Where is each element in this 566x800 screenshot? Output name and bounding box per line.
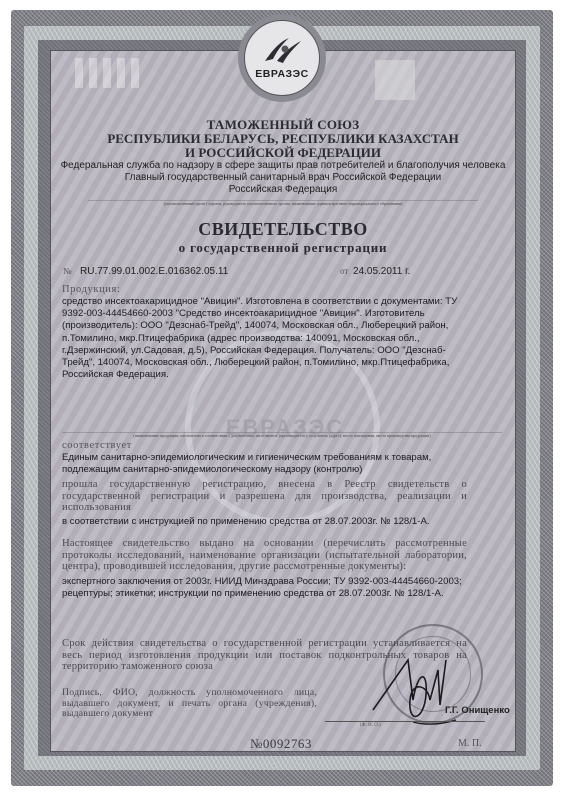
- header-republics: РЕСПУБЛИКИ БЕЛАРУСЬ, РЕСПУБЛИКИ КАЗАХСТА…: [50, 131, 516, 146]
- signature-caption: Подпись, ФИО, должность уполномоченного …: [62, 688, 317, 720]
- signer-caption: (Ф. И. О.): [360, 723, 381, 728]
- header-federation: И РОССИЙСКОЙ ФЕДЕРАЦИИ: [50, 145, 516, 160]
- security-pattern-right: [375, 60, 415, 100]
- product-description: средство инсектоакарицидное "Авицин". Из…: [62, 296, 467, 381]
- conformity-label: соответствует: [62, 440, 132, 451]
- eurasec-swoosh-icon: [263, 35, 303, 65]
- issued-documents: экспертного заключения от 2003г. НИИД Ми…: [62, 576, 467, 600]
- form-number: №0092763: [250, 736, 312, 752]
- seal-mark: М. П.: [458, 738, 482, 749]
- date-mark: от: [340, 266, 348, 276]
- registration-number: RU.77.99.01.002.Е.016362.05.11: [80, 266, 228, 277]
- header-union: ТАМОЖЕННЫЙ СОЮЗ: [50, 117, 516, 132]
- header-country: Российская Федерация: [50, 184, 516, 196]
- registration-date: 24.05.2011 г.: [353, 266, 410, 277]
- issued-basis-text: Настоящее свидетельство выдано на основа…: [62, 538, 467, 573]
- registration-status-text: прошла государственную регистрацию, внес…: [62, 479, 467, 514]
- signer-name: Г.Г. Онищенко: [445, 705, 510, 716]
- logo-text: ЕВРАЗЭС: [245, 68, 319, 80]
- conformity-caption: (наименование продукции, изготовлена в с…: [62, 432, 502, 438]
- document-title: СВИДЕТЕЛЬСТВО: [50, 219, 516, 240]
- signature-line: [325, 721, 485, 722]
- product-label: Продукция:: [62, 284, 120, 295]
- registration-basis: в соответствии с инструкцией по применен…: [62, 516, 467, 528]
- header-caption: (уполномоченный орган Стороны, руководит…: [88, 200, 478, 206]
- security-pattern-left: [75, 58, 145, 88]
- conformity-requirements: Единым санитарно-эпидемиологическим и ги…: [62, 452, 467, 476]
- header-official: Главный государственный санитарный врач …: [50, 172, 516, 184]
- eurasec-logo: ЕВРАЗЭС: [238, 14, 326, 102]
- header-agency: Федеральная служба по надзору в сфере за…: [50, 160, 516, 172]
- document-subtitle: о государственной регистрации: [50, 240, 516, 256]
- signature-icon: [368, 640, 468, 730]
- number-mark: №: [63, 266, 72, 276]
